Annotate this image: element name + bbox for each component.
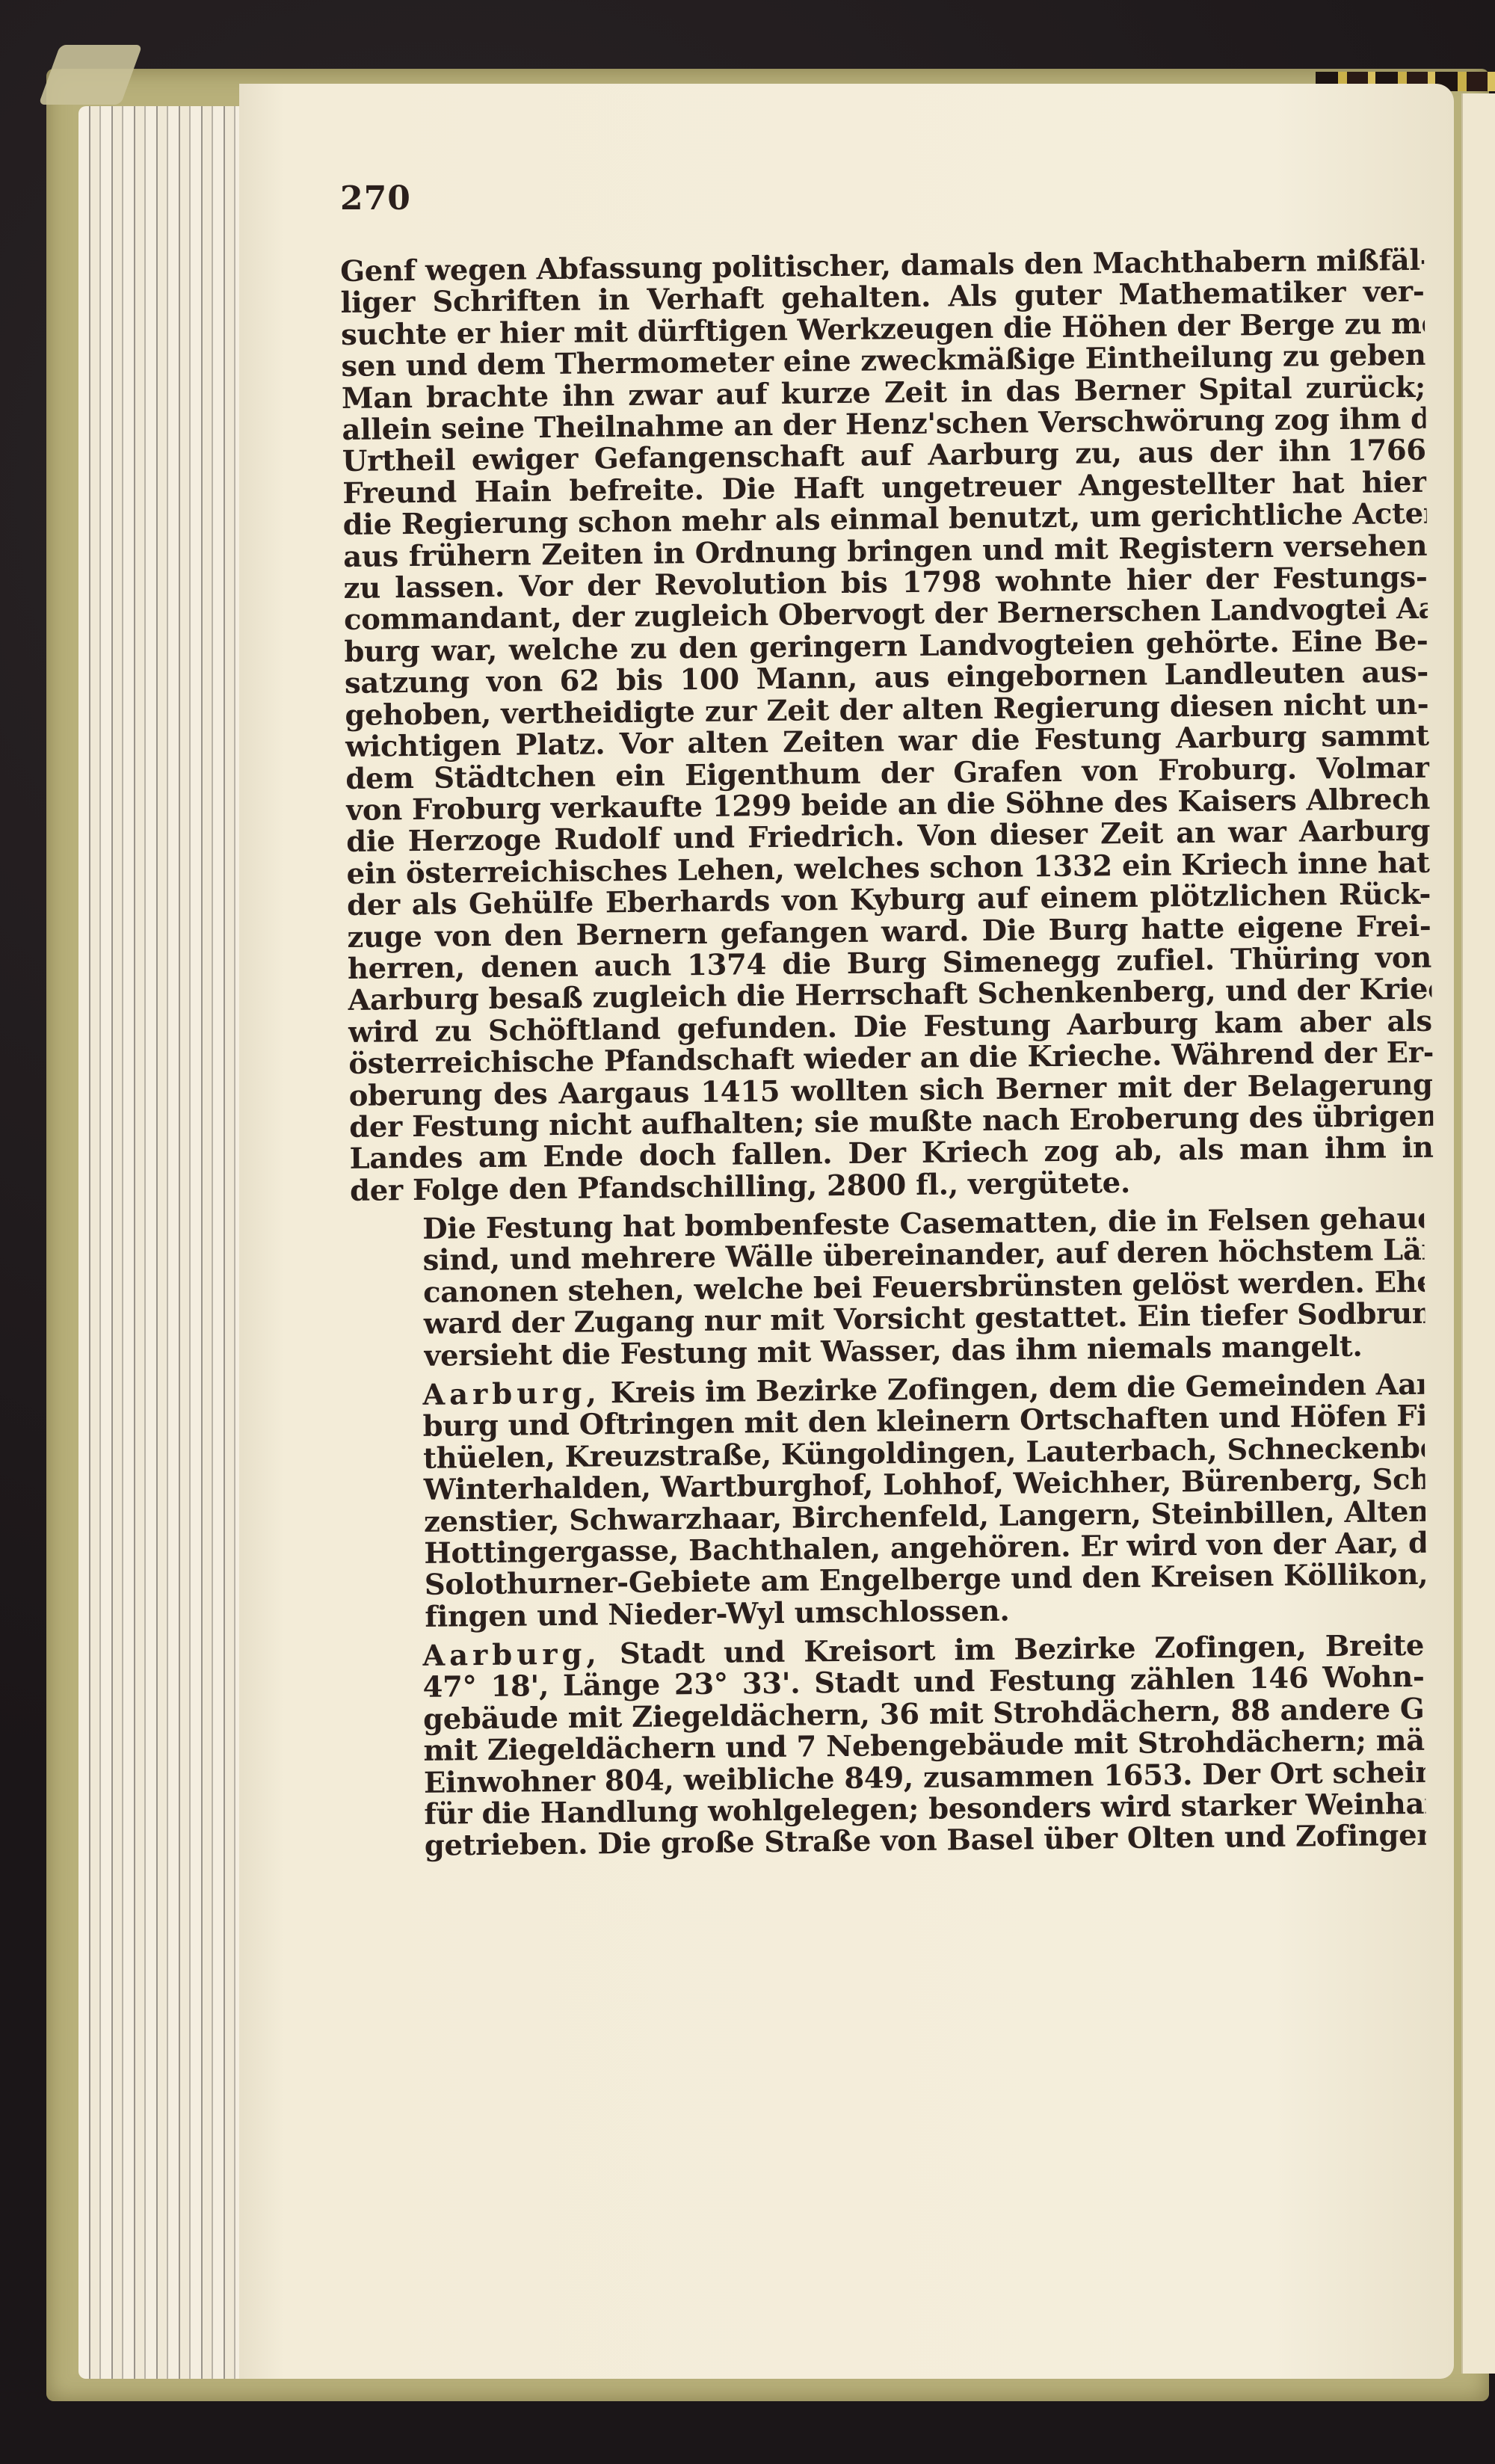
paragraph-2: Die Festung hat bombenfeste Casematten, … (340, 1204, 1425, 1373)
entry-headword: Aarburg, (422, 1638, 601, 1673)
paragraph-4-aarburg-stadt: Aarburg, Stadt und Kreisort im Bezirke Z… (340, 1630, 1426, 1864)
paragraph-1: Genf wegen Abfassung politischer, damals… (340, 245, 1434, 1207)
page-edges-stack (78, 106, 250, 2379)
page-number: 270 (340, 179, 1424, 218)
paragraph-3-aarburg-kreis: Aarburg, Kreis im Bezirke Zofingen, dem … (340, 1370, 1426, 1634)
entry-headword: Aarburg, (422, 1377, 601, 1412)
page-text-block: 270 Genf wegen Abfassung politischer, da… (340, 179, 1424, 1864)
facing-page-edge (1461, 93, 1495, 2374)
